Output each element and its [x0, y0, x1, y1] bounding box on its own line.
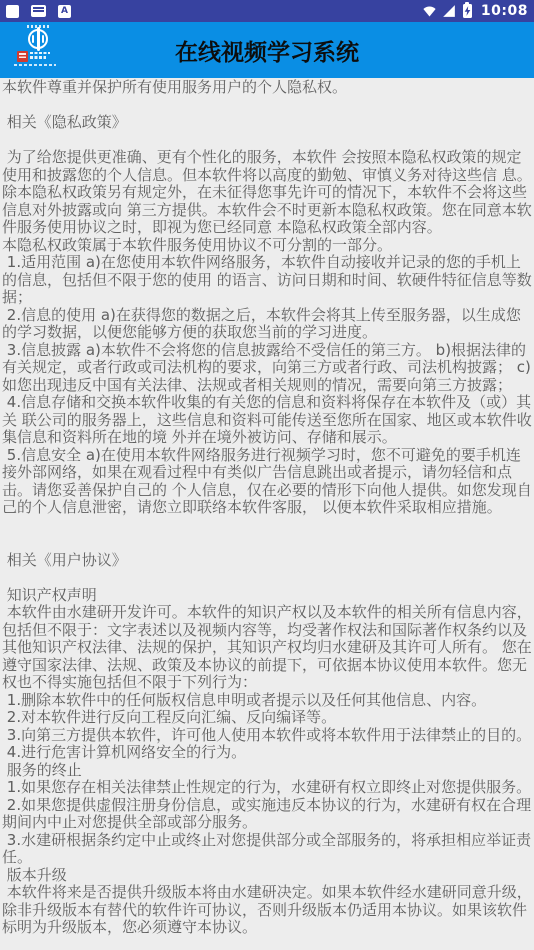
policy-paragraph: 本隐私权政策属于本软件服务使用协议不可分割的一部分。	[2, 237, 532, 255]
policy-paragraph: 本软件由水建研开发许可。本软件的知识产权以及本软件的相关所有信息内容，包括但不限…	[2, 604, 532, 692]
blank-line	[2, 534, 532, 552]
status-bar-system-icons: 10:08	[422, 3, 528, 19]
page-title: 在线视频学习系统	[175, 34, 359, 67]
logo-red-seal	[17, 51, 28, 62]
policy-paragraph: 3.向第三方提供本软件，许可他人使用本软件或将本软件用于法律禁止的目的。	[2, 727, 532, 745]
policy-paragraph: 2.信息的使用 a)在获得您的数据之后，本软件会将其上传至服务器，以生成您的学习…	[2, 307, 532, 342]
policy-paragraph: 本软件将来是否提供升级版本将由水建研决定。如果本软件经水建研同意升级，除非升级版…	[2, 884, 532, 937]
policy-paragraph: 1.删除本软件中的任何版权信息申明或者提示以及任何其他信息、内容。	[2, 692, 532, 710]
blank-line	[2, 132, 532, 150]
battery-charging-icon	[463, 4, 472, 18]
logo-emblem-ring	[28, 29, 48, 49]
keyboard-icon	[31, 5, 46, 17]
app-screen: A 10:08	[0, 0, 534, 950]
app-header: 在线视频学习系统	[0, 22, 534, 78]
blank-line	[2, 569, 532, 587]
policy-paragraph: 版本升级	[2, 867, 532, 885]
policy-paragraph: 知识产权声明	[2, 587, 532, 605]
wifi-icon	[422, 4, 437, 18]
water-ministry-emblem-logo	[14, 25, 62, 75]
blank-line	[2, 97, 532, 115]
policy-paragraph: 2.如果您提供虚假注册身份信息，或实施违反本协议的行为，水建研有权在合理期间内中…	[2, 797, 532, 832]
ime-a-badge-icon: A	[58, 5, 71, 18]
cellular-signal-icon	[442, 4, 456, 18]
logo-microtext-lines	[30, 51, 50, 59]
policy-paragraph: 相关《隐私政策》	[2, 114, 532, 132]
policy-paragraph: 相关《用户协议》	[2, 552, 532, 570]
policy-paragraph: 4.进行危害计算机网络安全的行为。	[2, 744, 532, 762]
status-bar-notifications: A	[6, 5, 422, 18]
policy-text[interactable]: 本软件尊重并保护所有使用服务用户的个人隐私权。 相关《隐私政策》 为了给您提供更…	[0, 78, 534, 937]
policy-paragraph: 服务的终止	[2, 762, 532, 780]
blank-line	[2, 517, 532, 535]
notification-square-icon	[6, 5, 19, 18]
policy-paragraph: 4.信息存储和交换本软件收集的有关您的信息和资料将保存在本软件及（或）其关 联公…	[2, 394, 532, 447]
policy-paragraph: 3.水建研根据条约定中止或终止对您提供部分或全部服务的，将承担相应举证责任。	[2, 832, 532, 867]
status-bar: A 10:08	[0, 0, 534, 22]
policy-paragraph: 2.对本软件进行反向工程反向汇编、反向编译等。	[2, 709, 532, 727]
policy-paragraph: 5.信息安全 a)在使用本软件网络服务进行视频学习时，您不可避免的要手机连接外部…	[2, 447, 532, 517]
policy-paragraph: 为了给您提供更准确、更有个性化的服务，本软件 会按照本隐私权政策的规定使用和披露…	[2, 149, 532, 237]
policy-paragraph: 本软件尊重并保护所有使用服务用户的个人隐私权。	[2, 79, 532, 97]
logo-microtext-bottom	[14, 64, 56, 67]
status-bar-clock: 10:08	[481, 3, 528, 19]
policy-paragraph: 1.适用范围 a)在您使用本软件网络服务，本软件自动接收并记录的您的手机上的信息…	[2, 254, 532, 307]
policy-paragraph: 1.如果您存在相关法律禁止性规定的行为，水建研有权立即终止对您提供服务。	[2, 779, 532, 797]
policy-paragraph: 3.信息披露 a)本软件不会将您的信息披露给不受信任的第三方。 b)根据法律的有…	[2, 342, 532, 395]
